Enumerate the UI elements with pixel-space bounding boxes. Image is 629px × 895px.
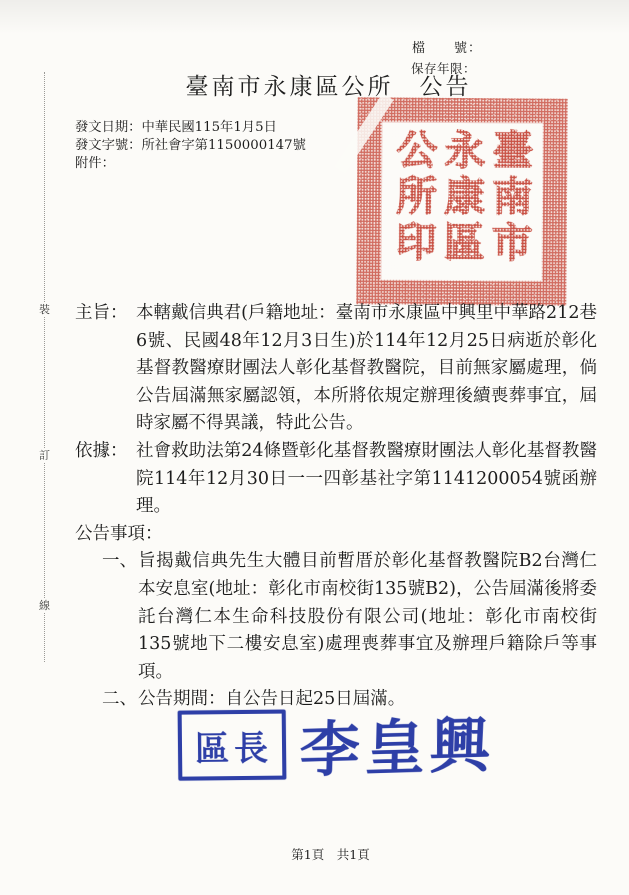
binding-dotted-line [44, 72, 45, 662]
binding-mark-xian: 線 [36, 599, 53, 612]
issue-date-value: 中華民國115年1月5日 [141, 120, 276, 135]
seal-text: 臺南市永康區公所印 [388, 128, 533, 279]
doc-number-value: 所社會字第1150000147號 [141, 138, 305, 153]
doc-number-line: 發文字號：所社會字第1150000147號 [75, 137, 306, 155]
subject-text: 本轄戴信典君(戶籍地址：臺南市永康區中興里中華路212巷6號、民國48年12月3… [136, 300, 597, 438]
basis-text: 社會救助法第24條暨彰化基督教醫療財團法人彰化基督教醫院114年12月30日一一… [136, 438, 597, 521]
items-heading: 公告事項： [75, 521, 597, 549]
seal-inscription: 臺南市永康區公所印 [387, 128, 534, 279]
item-number: 二、 [102, 686, 138, 714]
item-number: 一、 [102, 548, 138, 686]
document-meta: 發文日期：中華民國115年1月5日 發文字號：所社會字第1150000147號 … [75, 119, 306, 172]
page-title: 臺南市永康區公所 公告 [14, 68, 629, 101]
issue-date-label: 發文日期： [75, 120, 141, 135]
scan-edge-shading [0, 0, 629, 34]
basis-label: 依據： [75, 438, 136, 521]
announcement-body: 主旨： 本轄戴信典君(戶籍地址：臺南市永康區中興里中華路212巷6號、民國48年… [75, 300, 597, 714]
basis-paragraph: 依據： 社會救助法第24條暨彰化基督教醫療財團法人彰化基督教醫院114年12月3… [75, 438, 597, 521]
item-text: 旨揭戴信典先生大體目前暫厝於彰化基督教醫院B2台灣仁本安息室(地址：彰化市南校街… [138, 548, 597, 686]
binding-mark-ding: 訂 [36, 449, 53, 462]
binding-mark-zhuang: 裝 [36, 303, 53, 316]
signature-title-box: 區長 [178, 710, 287, 781]
file-number-label: 檔 號： [412, 37, 482, 56]
subject-paragraph: 主旨： 本轄戴信典君(戶籍地址：臺南市永康區中興里中華路212巷6號、民國48年… [75, 300, 597, 438]
announcement-document: 檔 號： 保存年限： 臺南市永康區公所 公告 發文日期：中華民國115年1月5日… [0, 0, 629, 895]
district-chief-signature-stamp: 區長 李皇興 [178, 695, 499, 792]
doc-number-label: 發文字號： [75, 138, 141, 153]
attachment-label: 附件： [75, 156, 115, 171]
official-seal-stamp: 臺南市永康區公所印 [356, 97, 567, 305]
subject-label: 主旨： [75, 300, 136, 438]
signature-name: 李皇興 [299, 698, 496, 789]
page-number: 第1頁 共1頁 [16, 845, 629, 863]
announcement-item-1: 一、 旨揭戴信典先生大體目前暫厝於彰化基督教醫院B2台灣仁本安息室(地址：彰化市… [75, 548, 597, 686]
attachment-line: 附件： [75, 155, 306, 173]
issue-date-line: 發文日期：中華民國115年1月5日 [75, 119, 306, 137]
